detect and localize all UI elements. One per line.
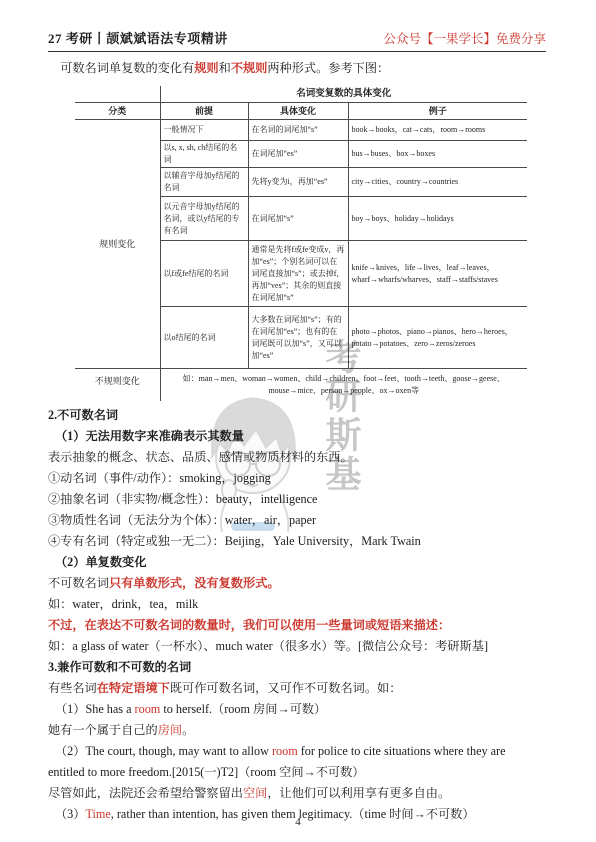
section2-sub1-text: 表示抽象的概念、状态、品质、感情或物质材料的东西。 [48,447,546,468]
example-cell: city→cities、country→countries [348,168,527,197]
change-cell: 在词尾加“es” [248,141,348,168]
category-cell-irregular: 不规则变化 [75,369,160,402]
section2-sub2-heading: （2）单复数变化 [48,552,546,573]
intro-paragraph: 可数名词单复数的变化有规则和不规则两种形式。参考下图： [48,58,546,78]
column-header-premise: 前提 [160,103,248,120]
section2-sub1-heading: （1）无法用数字来准确表示其数量 [48,426,546,447]
table-empty-corner [75,86,160,103]
example-cell: bus→buses、box→boxes [348,141,527,168]
premise-cell: 以f或fe结尾的名词 [160,241,248,307]
rule-text: 不可数名词 [48,576,109,590]
translation-text: 她有一个属于自己的 [48,723,158,737]
column-header-examples: 例子 [348,103,527,120]
premise-cell: 一般情况下 [160,120,248,141]
example-highlight: room [135,702,161,716]
translation-text: 尽管如此，法院还会希望给警察留出 [48,786,243,800]
intro-highlight-regular: 规则 [194,61,218,75]
list-item-material: ③物质性名词（无法分为个体）：water，air，paper [48,510,546,531]
lead-text: 有些名词 [48,681,97,695]
noun-plural-table: 名词变复数的具体变化 分类 前提 具体变化 例子 规则变化 一般情况下 在名词的… [75,86,527,401]
example2-line2: entitled to more freedom.[2015(一)T2]（roo… [48,762,546,783]
example-text: （1）She has a [55,702,135,716]
translation-highlight: 空间 [243,786,267,800]
example2-translation: 尽管如此，法院还会希望给警察留出空间，让他们可以利用享有更多自由。 [48,783,546,804]
example-highlight: room [272,744,298,758]
intro-text: 和 [219,61,231,75]
share-note: 公众号【一果学长】免费分享 [383,29,546,47]
example1-translation: 她有一个属于自己的房间。 [48,720,546,741]
example-text: （2）The court, though, may want to allow [55,744,272,758]
example-cell: knife→knives，life→lives，leaf→leaves，whar… [348,241,527,307]
irregular-examples-cell: 如：man→men、woman→women、child→children、foo… [160,369,527,402]
course-title: 27 考研丨颉斌斌语法专项精讲 [48,28,228,47]
intro-text: 两种形式。参考下图： [267,61,389,75]
change-cell: 在词尾加“s” [248,197,348,241]
section2-heading: 2.不可数名词 [48,405,546,426]
translation-text: 。 [182,723,194,737]
column-header-category: 分类 [75,103,160,120]
premise-cell: 以辅音字母加y结尾的名词 [160,168,248,197]
change-cell: 通常是先将f或fe变成v，再加“es”；个别名词可以在词尾直接加“s”；或去掉f… [248,241,348,307]
lead-text: 既可作可数名词，又可作不可数名词。如： [170,681,402,695]
section2-note-red: 不过，在表达不可数名词的数量时，我们可以使用一些量词或短语来描述： [48,615,546,636]
section2-quantifier-line: 如：a glass of water（一杯水）、much water（很多水）等… [48,636,546,657]
intro-text: 可数名词单复数的变化有 [60,61,194,75]
example2-line1: （2）The court, though, may want to allow … [48,741,546,762]
premise-cell: 以s, x, sh, ch结尾的名词 [160,141,248,168]
column-header-change: 具体变化 [248,103,348,120]
section3-heading: 3.兼作可数和不可数的名词 [48,657,546,678]
document-page: 考研斯基 27 考研丨颉斌斌语法专项精讲 公众号【一果学长】免费分享 可数名词单… [0,0,596,842]
list-item-gerund: ①动名词（事件/动作）：smoking，jogging [48,468,546,489]
translation-text: ，让他们可以利用享有更多自由。 [267,786,450,800]
section2-example-line: 如：water，drink，tea，milk [48,594,546,615]
list-item-proper: ④专有名词（特定或独一无二）：Beijing，Yale University，M… [48,531,546,552]
premise-cell: 以o结尾的名词 [160,307,248,369]
category-cell-regular: 规则变化 [75,120,160,369]
example-cell: photo→photos、piano→pianos、hero→heroes，po… [348,307,527,369]
change-cell: 大多数在词尾加“s”；有的在词尾加“es”；也有的在词尾既可以加“s”，又可以加… [248,307,348,369]
example-text: for police to cite situations where they… [298,744,506,758]
intro-highlight-irregular: 不规则 [231,61,268,75]
rule-highlight: 只有单数形式，没有复数形式。 [109,576,280,590]
section3-lead: 有些名词在特定语境下既可作可数名词，又可作不可数名词。如： [48,678,546,699]
page-header: 27 考研丨颉斌斌语法专项精讲 公众号【一果学长】免费分享 [48,28,546,52]
translation-highlight: 房间 [158,723,182,737]
section2-rule-line: 不可数名词只有单数形式，没有复数形式。 [48,573,546,594]
change-cell: 先将y变为i，再加“es” [248,168,348,197]
example-text: to herself.（room 房间→可数） [160,702,326,716]
page-number: 4 [0,816,596,828]
body-text: 2.不可数名词 （1）无法用数字来准确表示其数量 表示抽象的概念、状态、品质、感… [48,405,546,825]
example1-line: （1）She has a room to herself.（room 房间→可数… [48,699,546,720]
lead-highlight: 在特定语境下 [97,681,170,695]
example-cell: book→books，cat→cats，room→rooms [348,120,527,141]
table-title: 名词变复数的具体变化 [160,86,527,103]
example-cell: boy→boys、holiday→holidays [348,197,527,241]
change-cell: 在名词的词尾加“s” [248,120,348,141]
list-item-abstract: ②抽象名词（非实物/概念性）：beauty，intelligence [48,489,546,510]
premise-cell: 以元音字母加y结尾的名词，或以y结尾的专有名词 [160,197,248,241]
